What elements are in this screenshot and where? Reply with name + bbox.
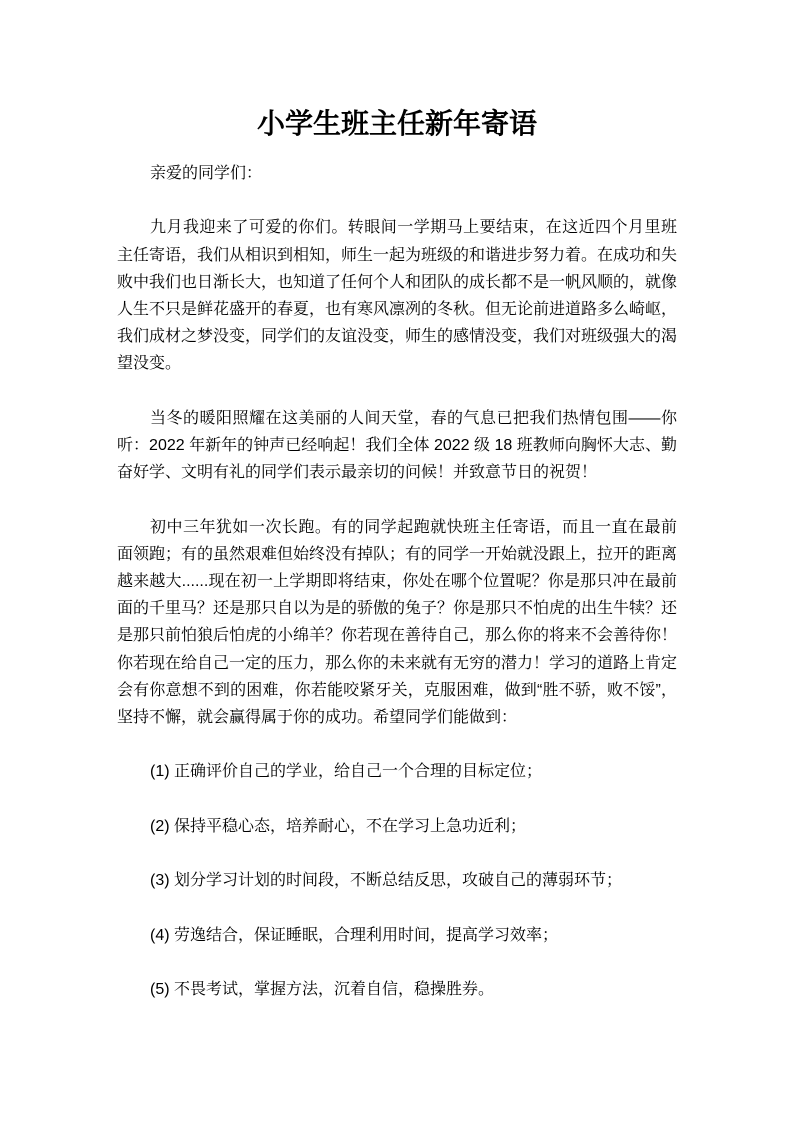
document-content: 小学生班主任新年寄语 亲爱的同学们： 九月我迎来了可爱的你们。转眼间一学期马上要… [117, 0, 677, 1003]
list-item-4: (4) 劳逸结合，保证睡眠，合理利用时间，提高学习效率； [117, 922, 677, 949]
document-title: 小学生班主任新年寄语 [117, 102, 677, 146]
paragraph-1: 九月我迎来了可爱的你们。转眼间一学期马上要结束，在这近四个月里班主任寄语，我们从… [117, 214, 677, 377]
list-item-3: (3) 划分学习计划的时间段，不断总结反思，攻破自己的薄弱环节； [117, 867, 677, 894]
salutation: 亲爱的同学们： [117, 160, 677, 187]
list-item-1: (1) 正确评价自己的学业，给自己一个合理的目标定位； [117, 758, 677, 785]
document-page: 小学生班主任新年寄语 亲爱的同学们： 九月我迎来了可爱的你们。转眼间一学期马上要… [0, 0, 793, 1122]
paragraph-3: 初中三年犹如一次长跑。有的同学起跑就快班主任寄语，而且一直在最前面领跑；有的虽然… [117, 514, 677, 732]
list-item-2: (2) 保持平稳心态，培养耐心，不在学习上急功近利； [117, 813, 677, 840]
list-item-5: (5) 不畏考试，掌握方法，沉着自信，稳操胜券。 [117, 976, 677, 1003]
paragraph-2: 当冬的暖阳照耀在这美丽的人间天堂，春的气息已把我们热情包围——你听：2022 年… [117, 405, 677, 487]
